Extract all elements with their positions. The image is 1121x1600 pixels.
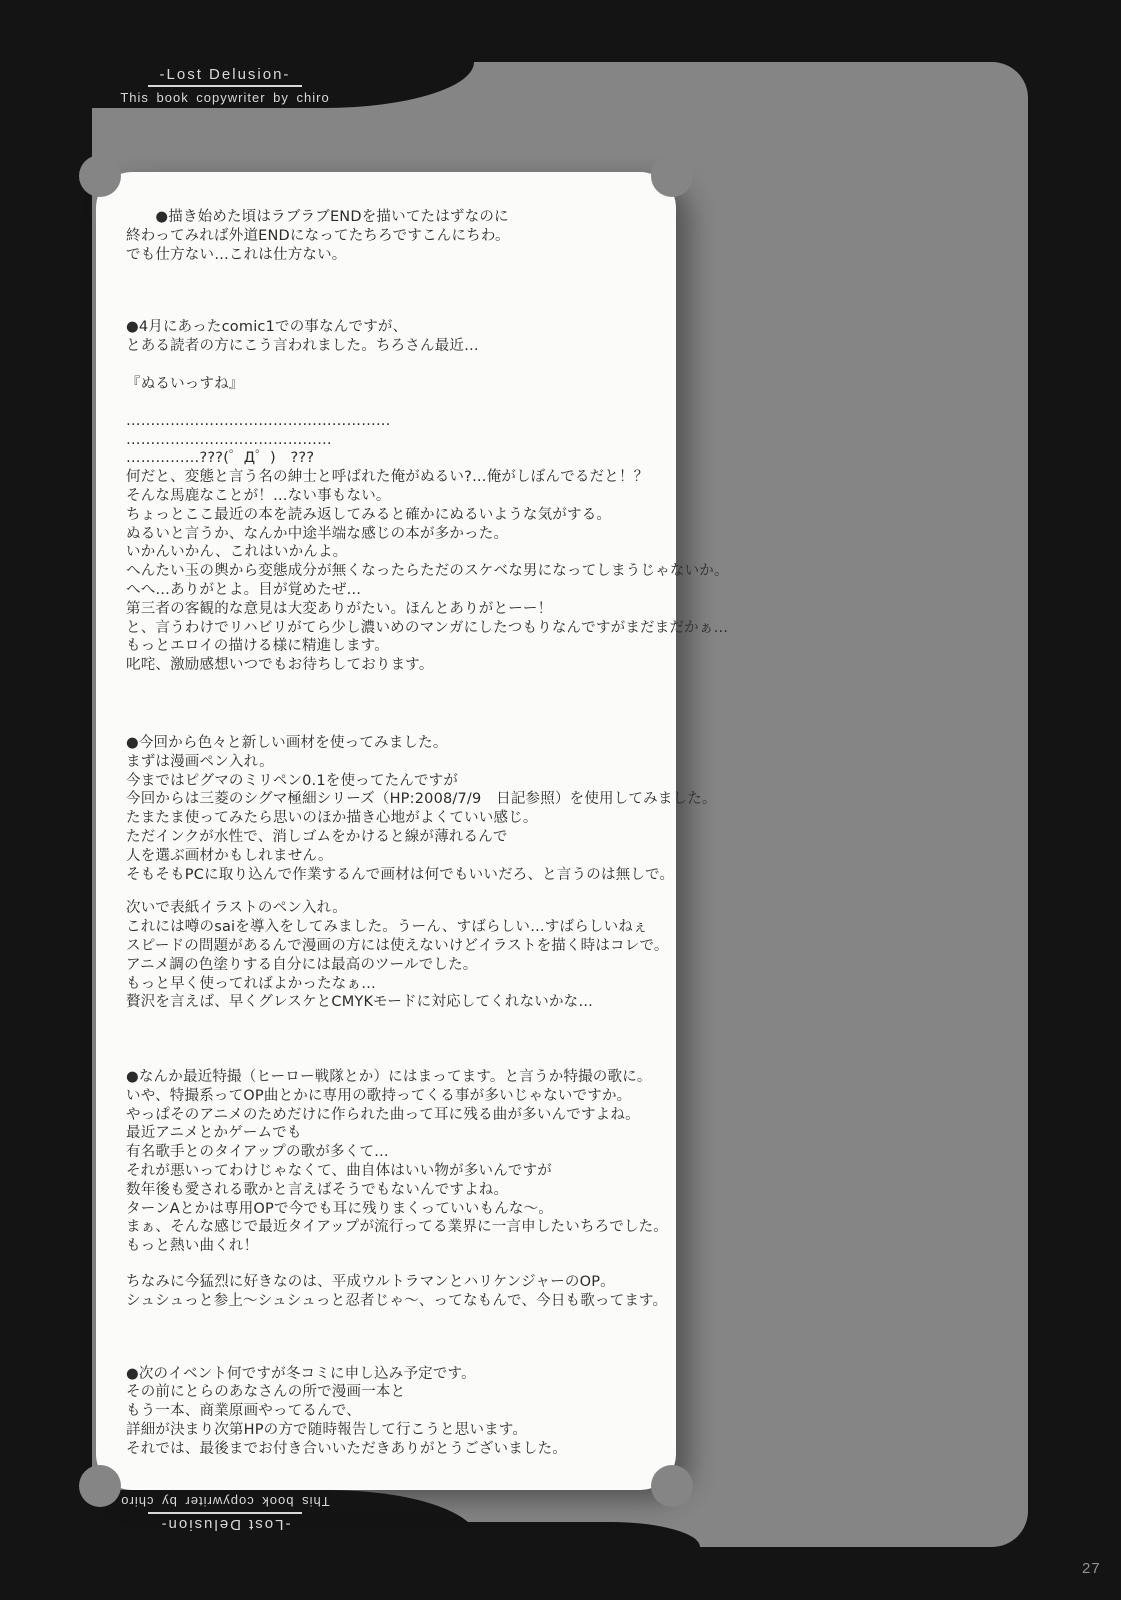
afterword-line: ターンAとかは専用OPで今でも耳に残りまくっていいもんな～。 xyxy=(126,1200,662,1219)
afterword-line: 第三者の客観的な意見は大変ありがたい。ほんとありがとーー！ xyxy=(126,600,662,619)
afterword-line: もう一本、商業原画やってるんで、 xyxy=(126,1402,662,1421)
book-title: -Lost Delusion- xyxy=(148,66,303,87)
afterword-line: 何だと、変態と言う名の紳士と呼ばれた俺がぬるい?…俺がしぼんでるだと！？ xyxy=(126,468,662,487)
afterword-line: ●今回から色々と新しい画材を使ってみました。 xyxy=(126,734,662,753)
afterword-block: ちなみに今猛烈に好きなのは、平成ウルトラマンとハリケンジャーのOP。シュシュっと… xyxy=(126,1273,662,1311)
afterword-line: いかんいかん、これはいかんよ。 xyxy=(126,543,662,562)
afterword-line: …………………………………… xyxy=(126,431,662,450)
afterword-line: 数年後も愛される歌かと言えばそうでもないんですよね。 xyxy=(126,1181,662,1200)
afterword-line: アニメ調の色塗りする自分には最高のツールでした。 xyxy=(126,956,662,975)
afterword-line: 叱咤、激励感想いつでもお待ちしております。 xyxy=(126,656,662,675)
afterword-line: いや、特撮系ってOP曲とかに専用の歌持ってくる事が多いじゃないですか。 xyxy=(126,1087,662,1106)
afterword-card: ●描き始めた頃はラブラブENDを描いてたはずなのに終わってみれば外道ENDになっ… xyxy=(96,172,676,1490)
afterword-block: 『ぬるいっすね』 xyxy=(126,375,662,394)
afterword-line: 贅沢を言えば、早くグレスケとCMYKモードに対応してくれないかな… xyxy=(126,993,662,1012)
afterword-line: 終わってみれば外道ENDになってたちろですこんにちわ。 xyxy=(126,227,662,246)
afterword-line: そもそもPCに取り込んで作業するんで画材は何でもいいだろ、と言うのは無しで。 xyxy=(126,866,662,885)
afterword-line: スピードの問題があるんで漫画の方には使えないけどイラストを描く時はコレで。 xyxy=(126,937,662,956)
header-credit: -Lost Delusion- This book copywriter by … xyxy=(118,66,332,105)
afterword-line: ただインクが水性で、消しゴムをかけると線が薄れるんで xyxy=(126,828,662,847)
afterword-line: 詳細が決まり次第HPの方で随時報告して行こうと思います。 xyxy=(126,1421,662,1440)
afterword-line: たまたま使ってみたら思いのほか描き心地がよくていい感じ。 xyxy=(126,809,662,828)
afterword-line: 最近アニメとかゲームでも xyxy=(126,1124,662,1143)
afterword-line: ……………………………………………… xyxy=(126,412,662,431)
afterword-line: もっと早く使ってればよかったなぁ… xyxy=(126,975,662,994)
afterword-line: もっと熱い曲くれ！ xyxy=(126,1237,662,1256)
afterword-line: 人を選ぶ画材かもしれません。 xyxy=(126,847,662,866)
afterword-line: ●なんか最近特撮（ヒーロー戦隊とか）にはまってます。と言うか特撮の歌に。 xyxy=(126,1068,662,1087)
afterword-block: ●描き始めた頃はラブラブENDを描いてたはずなのに終わってみれば外道ENDになっ… xyxy=(126,208,662,264)
footer-credit: -Lost Delusion- This book copywriter by … xyxy=(118,1494,332,1533)
afterword-line: まずは漫画ペン入れ。 xyxy=(126,753,662,772)
book-title-footer: -Lost Delusion- xyxy=(148,1512,303,1533)
afterword-line: もっとエロイの描ける様に精進します。 xyxy=(126,637,662,656)
afterword-line: ●描き始めた頃はラブラブENDを描いてたはずなのに xyxy=(126,208,662,227)
copywriter-credit: This book copywriter by chiro xyxy=(118,90,332,105)
afterword-blocks: ●描き始めた頃はラブラブENDを描いてたはずなのに終わってみれば外道ENDになっ… xyxy=(96,172,676,1490)
afterword-line: 『ぬるいっすね』 xyxy=(126,375,662,394)
page-number: 27 xyxy=(1082,1560,1101,1577)
afterword-line: シュシュっと参上～シュシュっと忍者じゃ～、ってなもんで、今日も歌ってます。 xyxy=(126,1292,662,1311)
afterword-block: ●今回から色々と新しい画材を使ってみました。まずは漫画ペン入れ。今まではピグマの… xyxy=(126,734,662,884)
afterword-line: 今回からは三菱のシグマ極細シリーズ（HP:2008/7/9 日記参照）を使用して… xyxy=(126,790,662,809)
afterword-block: ●なんか最近特撮（ヒーロー戦隊とか）にはまってます。と言うか特撮の歌に。いや、特… xyxy=(126,1068,662,1256)
afterword-line: でも仕方ない…これは仕方ない。 xyxy=(126,246,662,265)
copywriter-credit-footer: This book copywriter by chiro xyxy=(118,1494,332,1509)
afterword-line: その前にとらのあなさんの所で漫画一本と xyxy=(126,1383,662,1402)
afterword-line: まぁ、そんな感じで最近タイアップが流行ってる業界に一言申したいちろでした。 xyxy=(126,1218,662,1237)
afterword-line: ●4月にあったcomic1での事なんですが、 xyxy=(126,318,662,337)
afterword-line: ちょっとここ最近の本を読み返してみると確かにぬるいような気がする。 xyxy=(126,506,662,525)
afterword-block: ●次のイベント何ですが冬コミに申し込み予定です。その前にとらのあなさんの所で漫画… xyxy=(126,1365,662,1459)
afterword-line: それが悪いってわけじゃなくて、曲自体はいい物が多いんですが xyxy=(126,1162,662,1181)
afterword-line: そんな馬鹿なことが！…ない事もない。 xyxy=(126,487,662,506)
afterword-block: …………………………………………………………………………………………………???… xyxy=(126,412,662,675)
afterword-block: ●4月にあったcomic1での事なんですが、とある読者の方にこう言われました。ち… xyxy=(126,318,662,356)
afterword-line: 次いで表紙イラストのペン入れ。 xyxy=(126,899,662,918)
afterword-line: ●次のイベント何ですが冬コミに申し込み予定です。 xyxy=(126,1365,662,1384)
afterword-line: へんたい玉の輿から変態成分が無くなったらただのスケベな男になってしまうじゃないか… xyxy=(126,562,662,581)
afterword-line: ぬるいと言うか、なんか中途半端な感じの本が多かった。 xyxy=(126,525,662,544)
afterword-line: ……………???(゜Д゜) ??? xyxy=(126,449,662,468)
afterword-line: と、言うわけでリハビリがてら少し濃いめのマンガにしたつもりなんですがまだまだかぁ… xyxy=(126,619,662,638)
afterword-line: これには噂のsaiを導入をしてみました。うーん、すばらしい…すばらしいねぇ xyxy=(126,918,662,937)
afterword-line: へへ…ありがとよ。目が覚めたぜ… xyxy=(126,581,662,600)
afterword-line: やっぱそのアニメのためだけに作られた曲って耳に残る曲が多いんですよね。 xyxy=(126,1106,662,1125)
afterword-line: 今まではピグマのミリペン0.1を使ってたんですが xyxy=(126,772,662,791)
afterword-line: とある読者の方にこう言われました。ちろさん最近… xyxy=(126,337,662,356)
afterword-line: 有名歌手とのタイアップの歌が多くて… xyxy=(126,1143,662,1162)
afterword-line: ちなみに今猛烈に好きなのは、平成ウルトラマンとハリケンジャーのOP。 xyxy=(126,1273,662,1292)
afterword-block: 次いで表紙イラストのペン入れ。これには噂のsaiを導入をしてみました。うーん、す… xyxy=(126,899,662,1012)
afterword-line: それでは、最後までお付き合いいただきありがとうございました。 xyxy=(126,1440,662,1459)
